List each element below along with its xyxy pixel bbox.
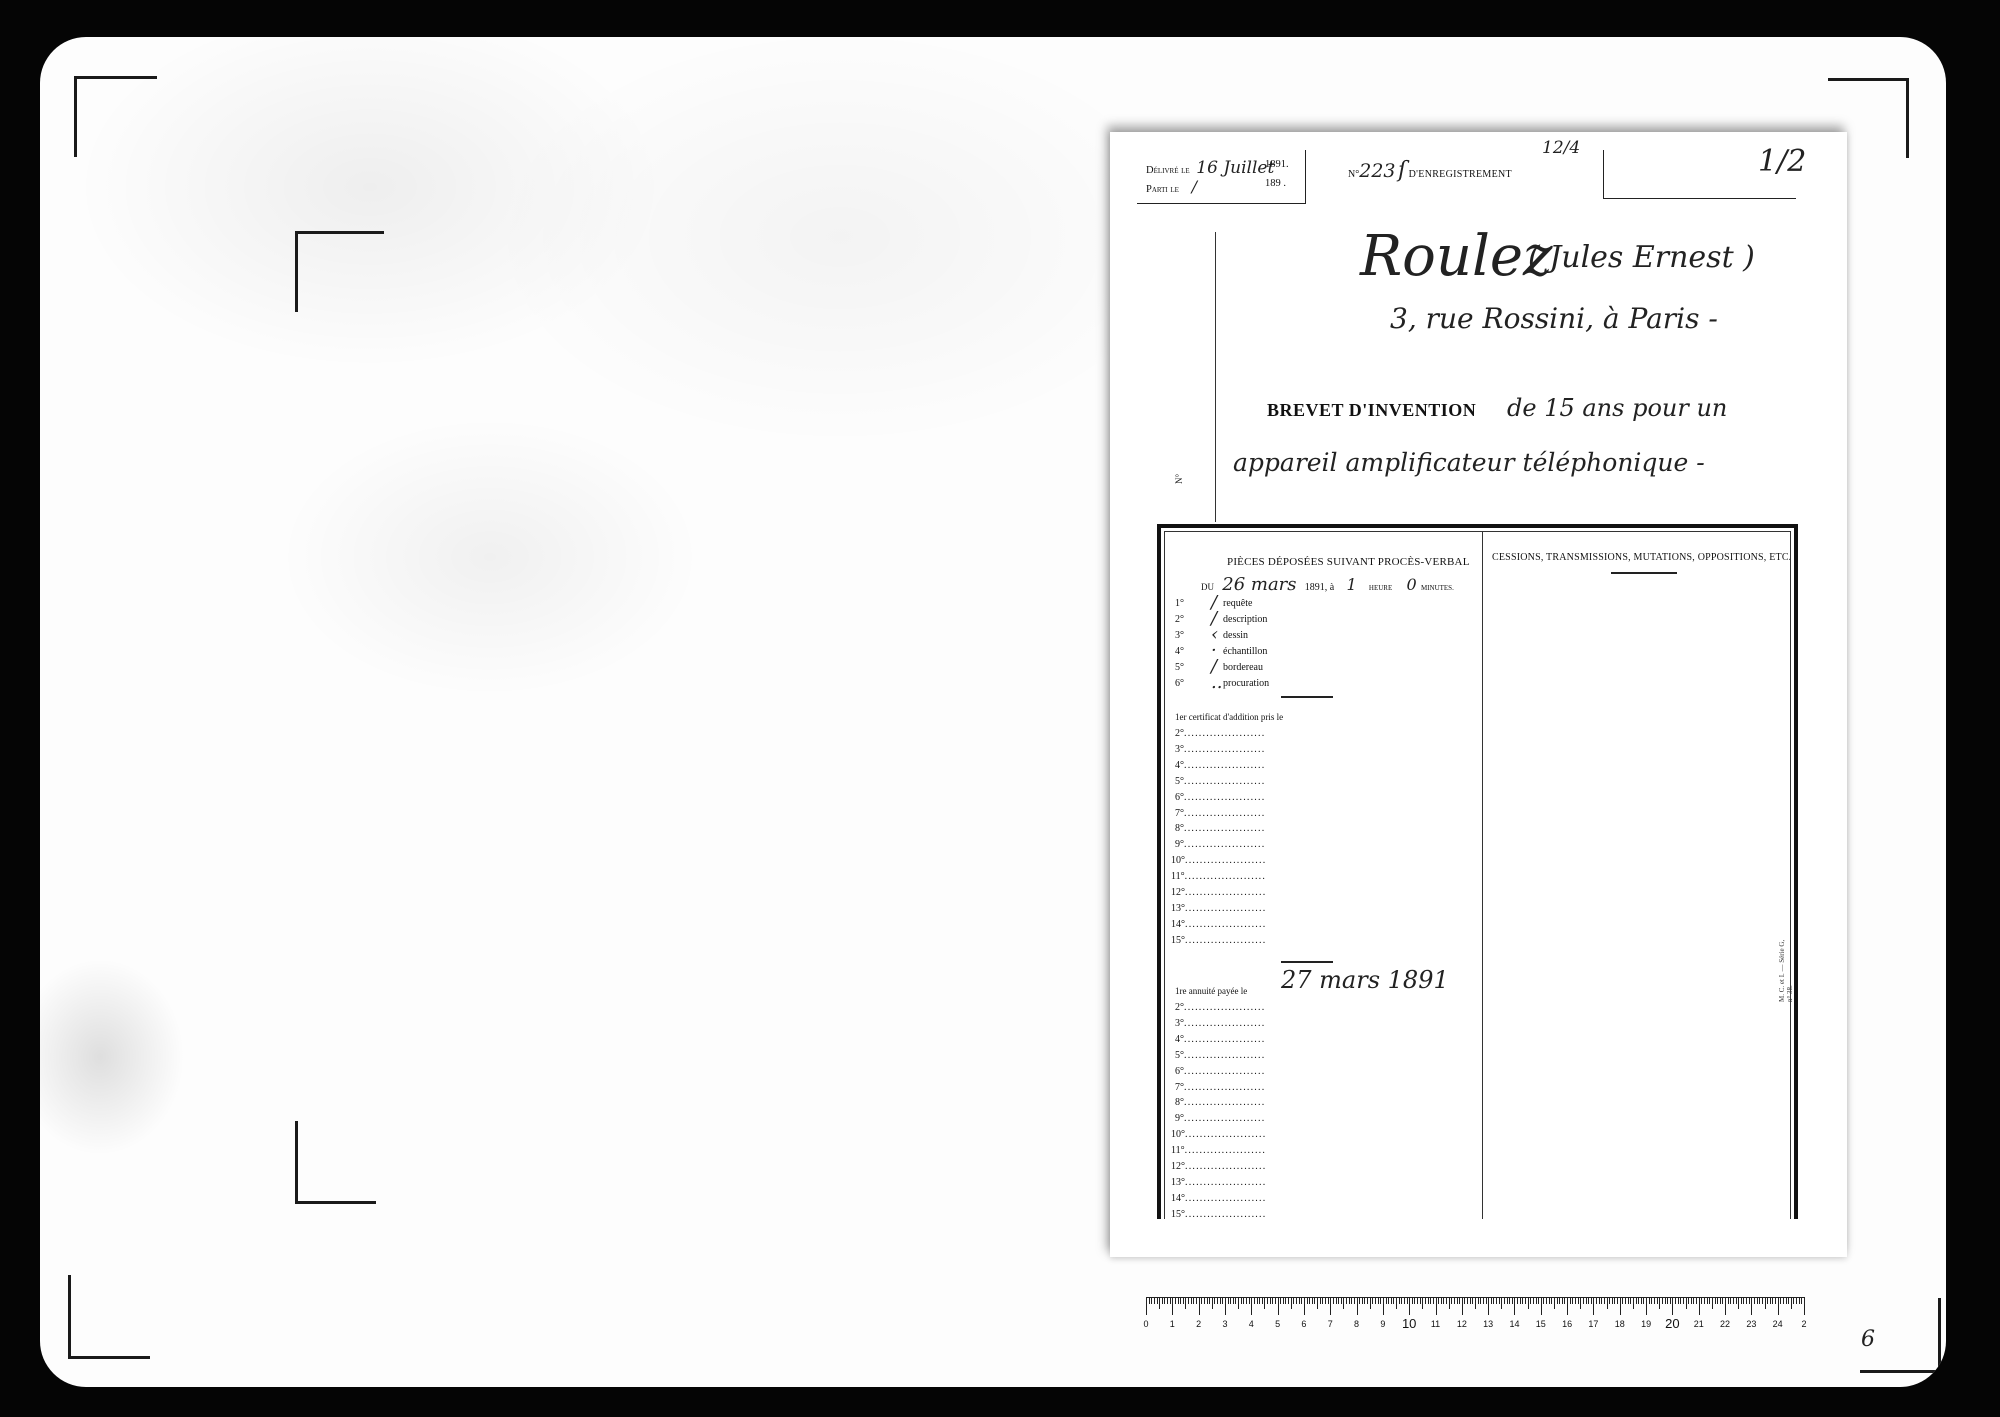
annuite-first-row: 1re annuité payée le bbox=[1175, 986, 1247, 996]
ruler-tick bbox=[1478, 1297, 1479, 1304]
ruler-tick bbox=[1412, 1297, 1413, 1304]
ruler-tick bbox=[1522, 1297, 1523, 1304]
ruler-tick bbox=[1322, 1297, 1323, 1304]
ruler-tick bbox=[1296, 1297, 1297, 1304]
piece-label: bordereau bbox=[1223, 662, 1263, 673]
list-row: 14°...................... bbox=[1171, 919, 1266, 930]
list-row: 5°...................... bbox=[1175, 1050, 1265, 1061]
ruler-tick bbox=[1404, 1297, 1405, 1304]
ruler-label: 15 bbox=[1536, 1319, 1546, 1329]
piece-label: description bbox=[1223, 614, 1267, 625]
fraction-note: 12/4 bbox=[1542, 138, 1580, 158]
ruler-tick bbox=[1364, 1297, 1365, 1304]
list-row: 11°...................... bbox=[1171, 1145, 1266, 1156]
ruler-tick bbox=[1715, 1297, 1716, 1304]
ruler-label: 1 bbox=[1170, 1319, 1175, 1329]
cessions-heading: CESSIONS, TRANSMISSIONS, MUTATIONS, OPPO… bbox=[1492, 552, 1791, 563]
ruler-tick bbox=[1464, 1297, 1465, 1304]
ruler-tick bbox=[1586, 1297, 1587, 1304]
ruler-tick bbox=[1470, 1297, 1471, 1304]
ruler-tick bbox=[1272, 1297, 1273, 1304]
ruler-tick bbox=[1754, 1297, 1755, 1304]
ruler-tick bbox=[1680, 1297, 1681, 1304]
ruler-label: 9 bbox=[1380, 1319, 1385, 1329]
ruler-tick bbox=[1620, 1297, 1621, 1315]
list-row: 6°...................... bbox=[1175, 1066, 1265, 1077]
ruler-tick bbox=[1157, 1297, 1158, 1304]
ruler-tick bbox=[1604, 1297, 1605, 1304]
list-row: 15°...................... bbox=[1171, 1209, 1266, 1220]
ruler-tick bbox=[1601, 1297, 1602, 1304]
ruler-tick bbox=[1188, 1297, 1189, 1304]
ruler-tick bbox=[1638, 1297, 1639, 1304]
ruler-tick bbox=[1520, 1297, 1521, 1304]
ruler-edge bbox=[1146, 1297, 1804, 1298]
ruler-tick bbox=[1328, 1297, 1329, 1304]
ruler-label: 16 bbox=[1562, 1319, 1572, 1329]
ruler-tick bbox=[1438, 1297, 1439, 1304]
ruler-tick bbox=[1417, 1297, 1418, 1304]
ruler-tick bbox=[1325, 1297, 1326, 1304]
ruler-tick bbox=[1375, 1297, 1376, 1304]
ruler-tick bbox=[1730, 1297, 1731, 1304]
delivre-value: 16 Juillet bbox=[1196, 158, 1274, 178]
register-table: PIÈCES DÉPOSÉES SUIVANT PROCÈS-VERBAL DU… bbox=[1157, 524, 1798, 1219]
ruler-tick bbox=[1436, 1297, 1437, 1315]
ruler-tick bbox=[1249, 1297, 1250, 1304]
ruler-label: 2 bbox=[1196, 1319, 1201, 1329]
list-row: 14°...................... bbox=[1171, 1193, 1266, 1204]
piece-check-mark: / bbox=[1211, 608, 1217, 629]
ruler-tick bbox=[1767, 1297, 1768, 1304]
ruler-tick bbox=[1696, 1297, 1697, 1304]
ruler-tick bbox=[1688, 1297, 1689, 1304]
ruler-tick bbox=[1164, 1297, 1165, 1304]
ruler-tick bbox=[1251, 1297, 1252, 1315]
ruler-tick bbox=[1336, 1297, 1337, 1304]
ruler-tick bbox=[1614, 1297, 1615, 1304]
ruler-tick bbox=[1741, 1297, 1742, 1304]
piece-check-mark: / bbox=[1211, 656, 1217, 677]
ruler-tick bbox=[1607, 1297, 1608, 1309]
ruler-tick bbox=[1596, 1297, 1597, 1304]
ruler-tick bbox=[1170, 1297, 1171, 1304]
ruler-tick bbox=[1622, 1297, 1623, 1304]
ruler-tick bbox=[1709, 1297, 1710, 1304]
ruler-tick bbox=[1309, 1297, 1310, 1304]
form-reference: M. C. et I. — Série G, n° 38. bbox=[1778, 933, 1794, 1002]
ruler-tick bbox=[1588, 1297, 1589, 1304]
heure-value: 1 bbox=[1346, 575, 1356, 594]
ruler-tick bbox=[1320, 1297, 1321, 1304]
list-row: 11°...................... bbox=[1171, 871, 1266, 882]
ruler-tick bbox=[1314, 1297, 1315, 1304]
ruler-tick bbox=[1580, 1297, 1581, 1309]
ruler-label: 4 bbox=[1249, 1319, 1254, 1329]
ruler-tick bbox=[1441, 1297, 1442, 1304]
piece-check-mark: / bbox=[1211, 592, 1217, 613]
ruler-tick bbox=[1591, 1297, 1592, 1304]
section-rule bbox=[1611, 572, 1677, 574]
du-label: DU bbox=[1201, 582, 1214, 592]
minutes-label: MINUTES. bbox=[1421, 584, 1454, 592]
ruler-tick bbox=[1212, 1297, 1213, 1309]
ruler-tick bbox=[1699, 1297, 1700, 1315]
ruler-tick bbox=[1517, 1297, 1518, 1304]
applicant-given-names: ( Jules Ernest ) bbox=[1528, 240, 1755, 275]
ruler-label: 14 bbox=[1509, 1319, 1519, 1329]
ruler-tick bbox=[1304, 1297, 1305, 1315]
ruler-label: 17 bbox=[1588, 1319, 1598, 1329]
ruler-tick bbox=[1162, 1297, 1163, 1304]
ruler-tick bbox=[1564, 1297, 1565, 1304]
ruler-tick bbox=[1175, 1297, 1176, 1304]
ruler-tick bbox=[1578, 1297, 1579, 1304]
ruler-tick bbox=[1557, 1297, 1558, 1304]
margin-line bbox=[1215, 232, 1216, 522]
ruler-label: 13 bbox=[1483, 1319, 1493, 1329]
ruler-tick bbox=[1659, 1297, 1660, 1309]
delivre-year: 1891. bbox=[1265, 159, 1289, 170]
ruler-tick bbox=[1259, 1297, 1260, 1304]
ruler-tick bbox=[1507, 1297, 1508, 1304]
section-rule bbox=[1281, 961, 1333, 963]
ruler-tick bbox=[1407, 1297, 1408, 1304]
patent-number-prefix: N° bbox=[1174, 474, 1184, 484]
list-row: 12°...................... bbox=[1171, 1161, 1266, 1172]
list-row: 15°...................... bbox=[1171, 935, 1266, 946]
ruler-tick bbox=[1178, 1297, 1179, 1304]
ruler-tick bbox=[1667, 1297, 1668, 1304]
ruler-tick bbox=[1388, 1297, 1389, 1304]
ruler-tick bbox=[1393, 1297, 1394, 1304]
ruler-label: 18 bbox=[1615, 1319, 1625, 1329]
ruler-tick bbox=[1793, 1297, 1794, 1304]
ruler-tick bbox=[1738, 1297, 1739, 1309]
ruler-tick bbox=[1391, 1297, 1392, 1304]
ruler-tick bbox=[1457, 1297, 1458, 1304]
ruler-tick bbox=[1762, 1297, 1763, 1304]
list-row: 9°...................... bbox=[1175, 839, 1265, 850]
ruler-label: 21 bbox=[1694, 1319, 1704, 1329]
ruler-tick bbox=[1246, 1297, 1247, 1304]
list-row: 6°...................... bbox=[1175, 792, 1265, 803]
ruler-tick bbox=[1643, 1297, 1644, 1304]
ruler-tick bbox=[1428, 1297, 1429, 1304]
list-row: 2°...................... bbox=[1175, 1002, 1265, 1013]
ruler-tick bbox=[1359, 1297, 1360, 1304]
ruler-tick bbox=[1683, 1297, 1684, 1304]
ruler-tick bbox=[1491, 1297, 1492, 1304]
parti-value: / bbox=[1192, 177, 1197, 196]
ruler-tick bbox=[1488, 1297, 1489, 1315]
ruler-tick bbox=[1536, 1297, 1537, 1304]
enregistrement-label: D'ENREGISTREMENT bbox=[1409, 169, 1512, 180]
patent-title-line-1: de 15 ans pour un bbox=[1507, 394, 1727, 422]
proces-verbal-date: DU 26 mars 1891, à 1 HEURE 0 MINUTES. bbox=[1201, 574, 1454, 595]
ruler-tick bbox=[1796, 1297, 1797, 1304]
ruler-tick bbox=[1733, 1297, 1734, 1304]
ruler-tick bbox=[1346, 1297, 1347, 1304]
ruler-tick bbox=[1772, 1297, 1773, 1304]
ruler-tick bbox=[1196, 1297, 1197, 1304]
list-row: 4°...................... bbox=[1175, 1034, 1265, 1045]
ruler-tick bbox=[1509, 1297, 1510, 1304]
ruler-tick bbox=[1430, 1297, 1431, 1304]
ruler-tick bbox=[1220, 1297, 1221, 1304]
ruler-tick bbox=[1628, 1297, 1629, 1304]
ruler-tick bbox=[1612, 1297, 1613, 1304]
delivre-label: Délivré le bbox=[1146, 165, 1190, 176]
minutes-value: 0 bbox=[1407, 575, 1417, 594]
ruler-tick bbox=[1630, 1297, 1631, 1304]
ruler-label: 7 bbox=[1328, 1319, 1333, 1329]
ruler-tick bbox=[1443, 1297, 1444, 1304]
ruler-tick bbox=[1446, 1297, 1447, 1304]
scale-ruler: 0123456789101112131415161718192021222324… bbox=[1140, 1297, 1810, 1337]
ruler-tick bbox=[1341, 1297, 1342, 1304]
ruler-tick bbox=[1496, 1297, 1497, 1304]
ruler-tick bbox=[1778, 1297, 1779, 1315]
ruler-tick bbox=[1278, 1297, 1279, 1315]
ruler-tick bbox=[1254, 1297, 1255, 1304]
ruler-tick bbox=[1343, 1297, 1344, 1309]
piece-check-mark: .. bbox=[1211, 672, 1222, 693]
ruler-tick bbox=[1654, 1297, 1655, 1304]
ruler-tick bbox=[1233, 1297, 1234, 1304]
ruler-tick bbox=[1799, 1297, 1800, 1304]
ruler-tick bbox=[1243, 1297, 1244, 1304]
list-row: 3°...................... bbox=[1175, 1018, 1265, 1029]
ruler-label: 19 bbox=[1641, 1319, 1651, 1329]
piece-number: 4° bbox=[1175, 646, 1184, 657]
piece-number: 1° bbox=[1175, 598, 1184, 609]
section-rule bbox=[1281, 696, 1333, 698]
ruler-label: 8 bbox=[1354, 1319, 1359, 1329]
ruler-tick bbox=[1378, 1297, 1379, 1304]
ruler-tick bbox=[1783, 1297, 1784, 1304]
piece-check-mark: · bbox=[1211, 640, 1217, 661]
ruler-tick bbox=[1746, 1297, 1747, 1304]
ruler-tick bbox=[1275, 1297, 1276, 1304]
ruler-tick bbox=[1257, 1297, 1258, 1304]
ruler-label: 11 bbox=[1431, 1319, 1440, 1329]
patent-document: Délivré le 16 Juillet 1891. Parti le / 1… bbox=[1110, 132, 1847, 1257]
ruler-tick bbox=[1722, 1297, 1723, 1304]
ruler-tick bbox=[1636, 1297, 1637, 1304]
ruler-tick bbox=[1228, 1297, 1229, 1304]
ruler-tick bbox=[1757, 1297, 1758, 1304]
piece-number: 6° bbox=[1175, 678, 1184, 689]
ruler-tick bbox=[1420, 1297, 1421, 1304]
ruler-tick bbox=[1307, 1297, 1308, 1304]
ruler-tick bbox=[1749, 1297, 1750, 1304]
delivery-stamp: Délivré le 16 Juillet 1891. Parti le / 1… bbox=[1137, 150, 1306, 204]
list-row: 12°...................... bbox=[1171, 887, 1266, 898]
piece-label: échantillon bbox=[1223, 646, 1267, 657]
ruler-label: 3 bbox=[1222, 1319, 1227, 1329]
ruler-tick bbox=[1351, 1297, 1352, 1304]
piece-check-mark: ‹ bbox=[1211, 624, 1218, 645]
patent-number bbox=[1132, 215, 1192, 498]
ruler-tick bbox=[1625, 1297, 1626, 1304]
numero-flourish: ſ bbox=[1398, 158, 1406, 183]
ruler-tick bbox=[1451, 1297, 1452, 1304]
ruler-label: 2 bbox=[1801, 1319, 1806, 1329]
ruler-tick bbox=[1743, 1297, 1744, 1304]
list-row: 9°...................... bbox=[1175, 1113, 1265, 1124]
ruler-tick bbox=[1575, 1297, 1576, 1304]
list-row: 7°...................... bbox=[1175, 1082, 1265, 1093]
ruler-tick bbox=[1549, 1297, 1550, 1304]
ruler-tick bbox=[1801, 1297, 1802, 1304]
ruler-tick bbox=[1204, 1297, 1205, 1304]
parti-year: 189 . bbox=[1265, 178, 1286, 189]
ruler-tick bbox=[1201, 1297, 1202, 1304]
applicant-name: Roulez bbox=[1360, 224, 1553, 289]
du-year: 1891, à bbox=[1305, 582, 1334, 593]
ruler-tick bbox=[1751, 1297, 1752, 1315]
ruler-tick bbox=[1530, 1297, 1531, 1304]
ruler-tick bbox=[1330, 1297, 1331, 1315]
ruler-tick bbox=[1551, 1297, 1552, 1304]
du-date: 26 mars bbox=[1222, 574, 1296, 595]
ruler-tick bbox=[1657, 1297, 1658, 1304]
ruler-tick bbox=[1238, 1297, 1239, 1309]
ruler-tick bbox=[1312, 1297, 1313, 1304]
ruler-label: 6 bbox=[1301, 1319, 1306, 1329]
ruler-tick bbox=[1367, 1297, 1368, 1304]
ruler-tick bbox=[1467, 1297, 1468, 1304]
ruler-tick bbox=[1554, 1297, 1555, 1309]
list-row: 5°...................... bbox=[1175, 776, 1265, 787]
ruler-tick bbox=[1570, 1297, 1571, 1304]
ruler-tick bbox=[1449, 1297, 1450, 1309]
ruler-tick bbox=[1514, 1297, 1515, 1315]
ruler-tick bbox=[1525, 1297, 1526, 1304]
ruler-tick bbox=[1372, 1297, 1373, 1304]
ruler-tick bbox=[1675, 1297, 1676, 1304]
ruler-tick bbox=[1765, 1297, 1766, 1309]
ruler-tick bbox=[1301, 1297, 1302, 1304]
ruler-label: 23 bbox=[1746, 1319, 1756, 1329]
ruler-tick bbox=[1462, 1297, 1463, 1315]
ruler-tick bbox=[1504, 1297, 1505, 1304]
ruler-tick bbox=[1209, 1297, 1210, 1304]
ruler-tick bbox=[1267, 1297, 1268, 1304]
numero-prefix: N° bbox=[1348, 169, 1359, 180]
ruler-tick bbox=[1599, 1297, 1600, 1304]
ruler-tick bbox=[1686, 1297, 1687, 1309]
ruler-tick bbox=[1422, 1297, 1423, 1309]
ruler-tick bbox=[1528, 1297, 1529, 1309]
parti-label: Parti le bbox=[1146, 184, 1179, 195]
ruler-tick bbox=[1199, 1297, 1200, 1315]
ruler-tick bbox=[1759, 1297, 1760, 1304]
ruler-tick bbox=[1609, 1297, 1610, 1304]
ruler-tick bbox=[1541, 1297, 1542, 1315]
ruler-tick bbox=[1396, 1297, 1397, 1309]
heure-label: HEURE bbox=[1369, 584, 1392, 592]
ruler-label: 12 bbox=[1457, 1319, 1467, 1329]
ruler-tick bbox=[1262, 1297, 1263, 1304]
ruler-label: 0 bbox=[1143, 1319, 1148, 1329]
ruler-tick bbox=[1665, 1297, 1666, 1304]
ruler-tick bbox=[1207, 1297, 1208, 1304]
ruler-label: 5 bbox=[1275, 1319, 1280, 1329]
ruler-tick bbox=[1770, 1297, 1771, 1304]
ruler-label: 24 bbox=[1773, 1319, 1783, 1329]
applicant-address: 3, rue Rossini, à Paris - bbox=[1390, 302, 1718, 335]
ruler-tick bbox=[1399, 1297, 1400, 1304]
ruler-label: 10 bbox=[1402, 1316, 1416, 1331]
ruler-tick bbox=[1480, 1297, 1481, 1304]
list-row: 10°...................... bbox=[1171, 855, 1266, 866]
ruler-tick bbox=[1354, 1297, 1355, 1304]
ruler-tick bbox=[1670, 1297, 1671, 1304]
page-number: 6 bbox=[1861, 1327, 1875, 1352]
piece-label: requête bbox=[1223, 598, 1252, 609]
ruler-tick bbox=[1217, 1297, 1218, 1304]
crop-mark-inner-top-left bbox=[295, 231, 384, 312]
ruler-tick bbox=[1804, 1297, 1805, 1315]
ruler-tick bbox=[1691, 1297, 1692, 1304]
ruler-tick bbox=[1662, 1297, 1663, 1304]
ruler-tick bbox=[1214, 1297, 1215, 1304]
ruler-tick bbox=[1583, 1297, 1584, 1304]
piece-label: dessin bbox=[1223, 630, 1248, 641]
ruler-tick bbox=[1159, 1297, 1160, 1309]
list-row: 10°...................... bbox=[1171, 1129, 1266, 1140]
ruler-tick bbox=[1593, 1297, 1594, 1315]
ruler-tick bbox=[1693, 1297, 1694, 1304]
ruler-tick bbox=[1299, 1297, 1300, 1304]
ruler-tick bbox=[1641, 1297, 1642, 1304]
ruler-tick bbox=[1651, 1297, 1652, 1304]
ruler-tick bbox=[1704, 1297, 1705, 1304]
ruler-tick bbox=[1572, 1297, 1573, 1304]
list-row: 3°...................... bbox=[1175, 744, 1265, 755]
ruler-tick bbox=[1401, 1297, 1402, 1304]
registration-number: N°223 ſ D'ENREGISTREMENT bbox=[1348, 158, 1512, 183]
ruler-tick bbox=[1283, 1297, 1284, 1304]
ruler-tick bbox=[1433, 1297, 1434, 1304]
list-row: 4°...................... bbox=[1175, 760, 1265, 771]
ruler-tick bbox=[1291, 1297, 1292, 1309]
piece-number: 2° bbox=[1175, 614, 1184, 625]
ruler-tick bbox=[1191, 1297, 1192, 1304]
annuite-first-value: 27 mars 1891 bbox=[1281, 966, 1449, 994]
ruler-tick bbox=[1154, 1297, 1155, 1304]
ruler-tick bbox=[1712, 1297, 1713, 1309]
ruler-tick bbox=[1285, 1297, 1286, 1304]
ruler-tick bbox=[1222, 1297, 1223, 1304]
ruler-tick bbox=[1235, 1297, 1236, 1304]
ruler-tick bbox=[1701, 1297, 1702, 1304]
ruler-tick bbox=[1483, 1297, 1484, 1304]
ruler-tick bbox=[1180, 1297, 1181, 1304]
ruler-tick bbox=[1357, 1297, 1358, 1315]
column-divider bbox=[1482, 532, 1483, 1219]
ruler-tick bbox=[1370, 1297, 1371, 1309]
numero-value: 223 bbox=[1359, 160, 1395, 182]
ruler-tick bbox=[1149, 1297, 1150, 1304]
list-row: 8°...................... bbox=[1175, 823, 1265, 834]
ruler-tick bbox=[1493, 1297, 1494, 1304]
ruler-tick bbox=[1633, 1297, 1634, 1309]
ruler-tick bbox=[1425, 1297, 1426, 1304]
corner-mark: 1/2 bbox=[1758, 144, 1806, 179]
